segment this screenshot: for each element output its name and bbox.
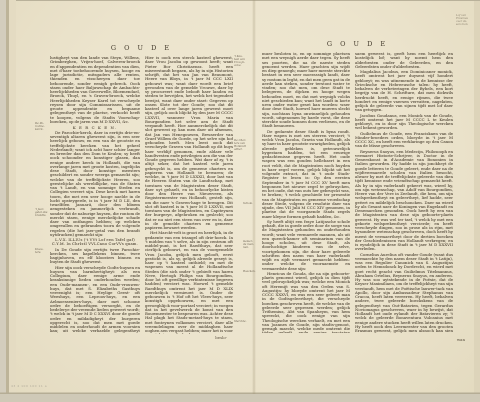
left-page-column-2: Hier is oock een sterck kasteel gheweest… [145, 56, 233, 334]
running-title-right: G O U D E [262, 40, 453, 48]
margin-note: Geleer- de man- nen. [243, 240, 258, 249]
right-page-column-2: saem geweest is, geeft hem een heerlijck… [355, 52, 453, 333]
catchword-left-page: beslo- [143, 335, 227, 340]
paragraph: In De Goude sijn eertijts twee Parochie-… [50, 248, 140, 265]
paragraph: Guilielmus de Goude, een Franciskaen van… [355, 132, 453, 149]
paragraph: muer besloten is, en op sommige plaetsen… [262, 52, 350, 129]
paragraph: De gedaente deser Stadt is byna rondt. H… [262, 130, 350, 219]
margin-note: Boecken. [243, 270, 258, 273]
paragraph: Reynerus Snoyus, een Medecijn, Philosoop… [355, 150, 453, 252]
running-title-left: G O U D E [50, 44, 233, 52]
margin-note: Lof van Erasmus over de- sen man. [456, 14, 475, 26]
scanned-book-spread: G O U D E G O U D E lustigheyt van den l… [0, 0, 480, 402]
paragraph: Cornelius Aurelius oft vander Goude (wan… [355, 253, 453, 334]
margin-note: 't Jaer- getal des brandts. [35, 208, 50, 217]
margin-note: Kloos- ters. [35, 248, 50, 254]
margin-note: De Char- ters van Hollandt alhier. [234, 139, 249, 151]
paragraph: Hier sijn oock verscheyde Godts-huysen e… [50, 266, 140, 335]
paragraph: saem geweest is, geeft hem een heerlijck… [355, 52, 453, 69]
pencil-inscription: 43 4 100 100 11 a [11, 384, 47, 388]
right-page-column-1: muer besloten is, en op sommige plaetsen… [262, 52, 350, 333]
left-page-column-1: lustigheyt van den lande van Steyn, Will… [50, 56, 140, 334]
paragraph: Magdalius Jacobus, een Dominicaner monic… [355, 70, 453, 113]
center-fold-crease [252, 0, 256, 394]
margin-note: Schole. [243, 202, 258, 205]
paragraph: lustigheyt van den lande van Steyn, Will… [50, 56, 140, 124]
paragraph: De Parochie-kerck, daer in eertijts drie… [50, 131, 140, 237]
paragraph: Sy heeft altijt een fraye Latijnsche sch… [262, 220, 350, 271]
chronogram-verse: L.V.X. ILLIUs ('t VVt Lof een Tafel gaf)… [50, 238, 140, 247]
paragraph: Hier is oock een sterck kasteel gheweest… [145, 56, 233, 230]
paragraph: Henricus de Gouda, die na sijn geboorte-… [262, 272, 350, 333]
catchword-right-page: wan [380, 337, 465, 342]
paragraph: Het Marckt-velt is groot en heerlijck, i… [145, 231, 233, 334]
margin-note: 't Kas- teel van Vrou Ja- coba. [234, 55, 249, 67]
paragraph: Jacobus Goudanus, een Monick van de Goud… [355, 114, 453, 131]
margin-note: De Pa- rochie- kerck. [35, 122, 50, 131]
margin-note: Sterckte. [234, 320, 249, 323]
